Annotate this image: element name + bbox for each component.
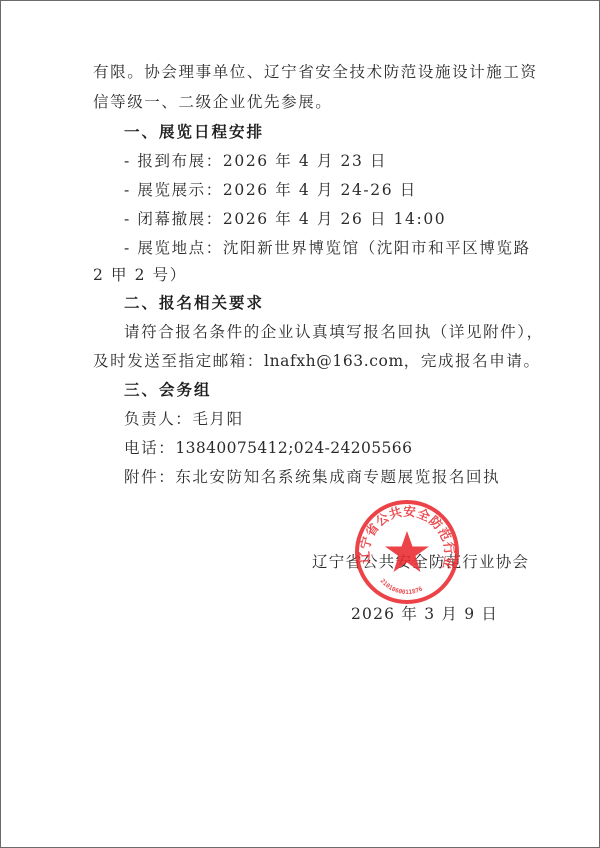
registration-paragraph-line-1: 请符合报名条件的企业认真填写报名回执（详见附件），	[124, 322, 544, 342]
item-label: 展览展示：	[137, 181, 223, 199]
email-prefix: 及时发送至指定邮箱：	[93, 352, 264, 370]
item-value: 2026 年 4 月 23 日	[223, 152, 387, 170]
bullet: -	[124, 181, 131, 199]
attachment-label: 附件：	[124, 468, 175, 486]
contact-phone: 电话：13840075412;024-24205566	[124, 438, 412, 458]
bullet: -	[124, 239, 131, 257]
schedule-item-venue: - 展览地点：沈阳新世界博览馆（沈阳市和平区博览路	[124, 238, 531, 258]
document-page: 有限。协会理事单位、辽宁省安全技术防范设施设计施工资 信等级一、二级企业优先参展…	[0, 0, 600, 848]
signature-date: 2026 年 3 月 9 日	[351, 604, 498, 624]
schedule-item-exhibition: - 展览展示：2026 年 4 月 24-26 日	[124, 180, 417, 200]
registration-email: lnafxh@163.com	[264, 352, 404, 370]
schedule-item-closing: - 闭幕撤展：2026 年 4 月 26 日 14:00	[124, 209, 446, 229]
item-value: 2026 年 4 月 26 日 14:00	[223, 210, 446, 228]
section-title-registration: 二、报名相关要求	[124, 293, 264, 313]
item-label: 展览地点：	[137, 239, 223, 257]
bullet: -	[124, 152, 131, 170]
registration-paragraph-line-2: 及时发送至指定邮箱：lnafxh@163.com，完成报名申请。	[93, 351, 541, 371]
item-value: 2026 年 4 月 24-26 日	[223, 181, 417, 199]
signature-organization: 辽宁省公共安全防范行业协会	[312, 552, 529, 572]
intro-line-2: 信等级一、二级企业优先参展。	[93, 92, 332, 112]
attachment-name: 东北安防知名系统集成商专题展览报名回执	[175, 468, 500, 486]
contact-phone-label: 电话：	[124, 439, 175, 457]
section-title-schedule: 一、展览日程安排	[124, 122, 264, 142]
bullet: -	[124, 210, 131, 228]
section-title-contact: 三、会务组	[124, 380, 212, 400]
contact-person-label: 负责人：	[124, 410, 192, 428]
schedule-item-venue-continuation: 2 甲 2 号）	[93, 265, 187, 285]
contact-person: 负责人：毛月阳	[124, 409, 244, 429]
contact-attachment: 附件：东北安防知名系统集成商专题展览报名回执	[124, 467, 500, 487]
contact-phone-number: 13840075412;024-24205566	[175, 439, 412, 457]
email-suffix: ，完成报名申请。	[404, 352, 541, 370]
svg-text:2101060011876: 2101060011876	[379, 578, 424, 596]
item-label: 报到布展：	[137, 152, 223, 170]
intro-line-1: 有限。协会理事单位、辽宁省安全技术防范设施设计施工资	[93, 62, 538, 82]
seal-code-text: 2101060011876	[379, 578, 424, 596]
contact-person-name: 毛月阳	[192, 410, 243, 428]
item-label: 闭幕撤展：	[137, 210, 223, 228]
item-value: 沈阳新世界博览馆（沈阳市和平区博览路	[223, 239, 531, 257]
schedule-item-checkin: - 报到布展：2026 年 4 月 23 日	[124, 151, 387, 171]
